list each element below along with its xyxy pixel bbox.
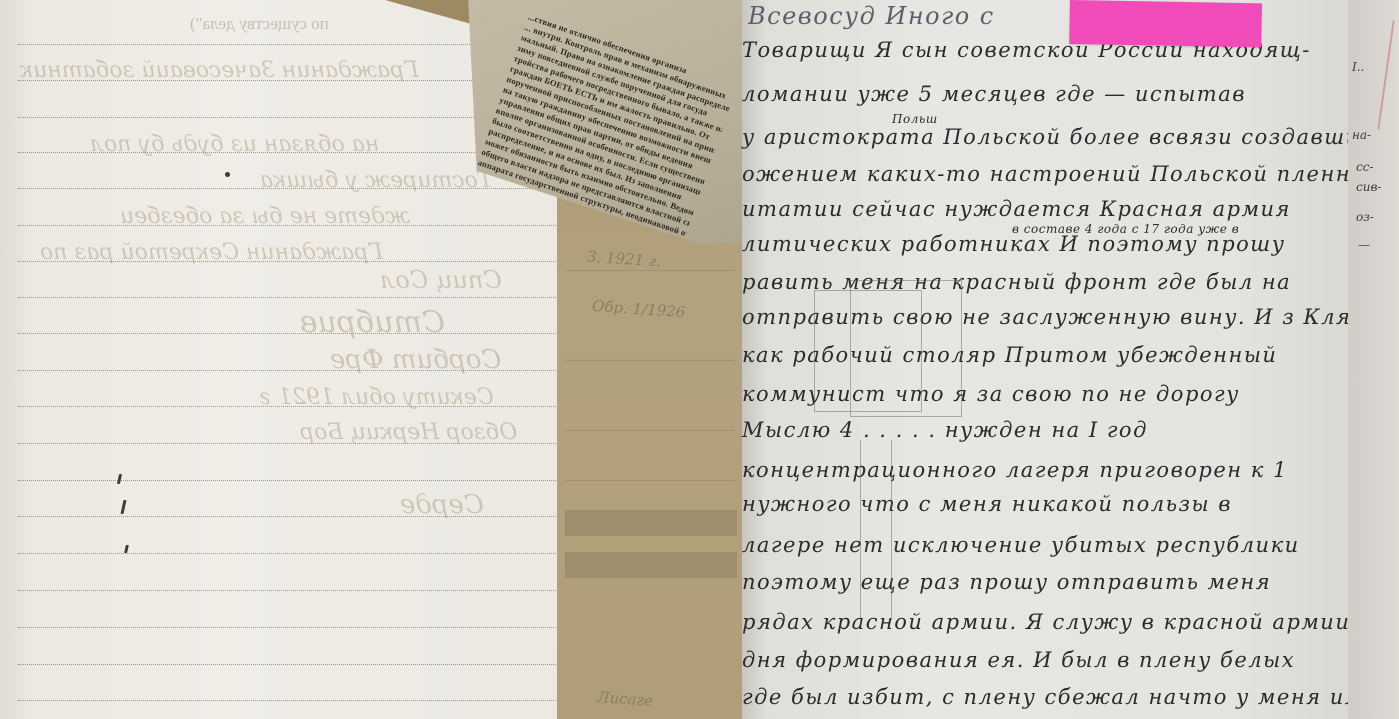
bleed-through-text: Обзор Неркиц Бор — [300, 420, 517, 445]
letter-line: дня формирования ея. И был в плену белых — [742, 648, 1295, 672]
letter-line: концентрационного лагеря приговорен к 1 — [742, 458, 1288, 482]
letter-line: итатии сейчас нуждается Красная армия — [742, 197, 1291, 221]
bleed-through-text: ждете не бы за обезбеи — [120, 204, 410, 229]
ink-mark — [117, 474, 122, 484]
mirrored-header-text: по существу дела") — [190, 14, 329, 34]
pencil-line — [565, 360, 735, 361]
letter-line: поэтому еще раз прошу отправить меня — [742, 570, 1271, 594]
pencil-line — [565, 270, 735, 271]
letter-line: литических работниках И поэтому прошу — [742, 232, 1285, 256]
ruled-line — [18, 297, 560, 298]
pink-sticky-note — [1069, 0, 1262, 47]
bleed-through-text: на обязан из будь бу пол — [90, 132, 379, 157]
ruled-line — [18, 590, 560, 591]
letter-line: нужного что с меня никакой пользы в — [742, 492, 1232, 516]
ruled-line — [18, 627, 560, 628]
bleed-through-text: Спиц Сол — [380, 266, 502, 294]
ink-spot — [225, 172, 230, 177]
letter-line: где был избит, с плену сбежал начто у ме… — [742, 685, 1398, 709]
pencil-note: Лисаге — [596, 688, 653, 710]
letter-line: рядах красной армии. Я служу в красной а… — [742, 610, 1350, 634]
bleed-through-text: Секиту обил 1921 г — [260, 385, 494, 410]
stamp-band — [565, 552, 737, 578]
handwritten-letter-page: Всевосуд Иного с Товарищи Я сын советско… — [742, 0, 1360, 719]
letter-line: Мыслю 4 . . . . . нужден на I год — [742, 418, 1148, 442]
pencil-line — [565, 480, 735, 481]
ink-mark — [124, 545, 129, 553]
pencil-note: Обр. 1/1926 — [591, 297, 685, 321]
ruled-line — [18, 553, 560, 554]
letter-line: Всевосуд Иного с — [748, 2, 995, 30]
pencil-annotation-stroke — [860, 440, 892, 620]
letter-insertion: Польш — [892, 112, 938, 126]
bleed-through-text: Сорбит Фре — [330, 345, 501, 375]
letter-line: ожением каких-то настроений Польской пле… — [742, 162, 1383, 186]
bleed-through-text: Гражданин Зачесоваий зобатник — [20, 58, 419, 83]
ruled-line — [18, 480, 560, 481]
pencil-note: З. 1921 г. — [586, 247, 661, 270]
letter-line: ломании уже 5 месяцев где — испытав — [742, 82, 1246, 106]
stamp-band — [565, 510, 737, 536]
letter-line: лагере нет исключение убитых республики — [742, 533, 1300, 557]
bleed-through-text: Серде — [400, 490, 484, 520]
ruled-line — [18, 333, 560, 334]
ruled-line — [18, 664, 560, 665]
underlying-page-edge: І.. на- сс- сив- оз- — — [1348, 0, 1399, 719]
bleed-through-text: Гражданин Секретой раз по — [40, 240, 383, 265]
document-photo: по существу дела") Гражданин Зачесоваий … — [0, 0, 1399, 719]
bleed-through-text: Стибрив — [300, 305, 445, 340]
ruled-line — [18, 700, 560, 701]
pencil-annotation-box — [850, 280, 962, 417]
letter-line: у аристократа Польской более всвязи созд… — [742, 125, 1399, 149]
bleed-through-text: Тостиреж у бышка — [260, 168, 493, 193]
ink-mark — [121, 500, 127, 514]
pencil-line — [565, 430, 735, 431]
